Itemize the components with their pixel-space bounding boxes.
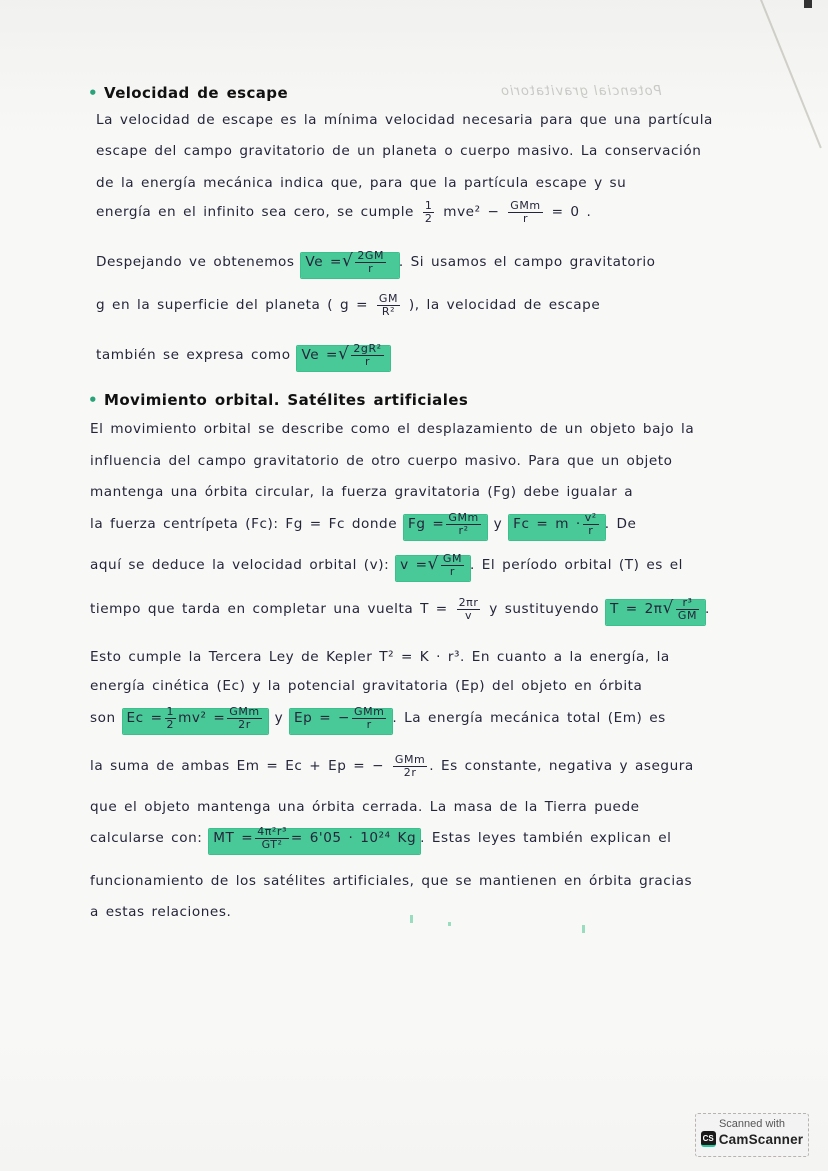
section-heading-orbital-motion: •Movimiento orbital. Satélites artificia… (88, 391, 468, 409)
text-line: g en la superficie del planeta ( g = GMR… (96, 293, 600, 317)
highlighter-speck (410, 915, 413, 923)
page-corner-mark (804, 0, 812, 8)
formula-fraction: GMR² (377, 293, 400, 317)
formula-fraction: 12 (423, 200, 435, 224)
text-line: escape del campo gravitatorio de un plan… (96, 143, 701, 159)
highlighter-speck (448, 922, 451, 926)
text-line: La velocidad de escape es la mínima velo… (96, 112, 713, 128)
formula-fraction: 2πrv (457, 597, 481, 621)
text-line: Despejando ve obtenemos Ve =√2GMr . Si u… (96, 250, 656, 274)
text-line: son Ec =12mv² =GMm2r y Ep = −GMmr. La en… (90, 706, 666, 730)
bullet-icon: • (88, 84, 98, 102)
highlighted-formula-earth-mass: MT =4π²r³GT²= 6'05 · 10²⁴ Kg (209, 829, 420, 854)
highlighted-formula-period: T = 2π√r³GM (606, 600, 705, 625)
highlighted-formula-kinetic-energy: Ec =12mv² =GMm2r (123, 709, 268, 734)
text-line: la fuerza centrípeta (Fc): Fg = Fc donde… (90, 512, 636, 536)
section-heading-escape-velocity: •Velocidad de escape (88, 84, 288, 102)
highlighted-formula-escape-velocity-g: Ve =√2gR²r (297, 346, 389, 371)
text-line: energía cinética (Ec) y la potencial gra… (90, 678, 642, 694)
highlighted-formula-potential-energy: Ep = −GMmr (290, 709, 392, 734)
text-line: mantenga una órbita circular, la fuerza … (90, 484, 633, 500)
formula-fraction: GMm2r (393, 754, 427, 778)
text-line: influencia del campo gravitatorio de otr… (90, 453, 673, 469)
text-line: a estas relaciones. (90, 904, 231, 920)
text-line: funcionamiento de los satélites artifici… (90, 873, 692, 889)
text-line: aquí se deduce la velocidad orbital (v):… (90, 553, 683, 577)
highlighted-formula-escape-velocity: Ve =√2GMr (301, 253, 398, 278)
text-line: tiempo que tarda en completar una vuelta… (90, 597, 710, 621)
highlighted-formula-orbital-velocity: v =√GMr (396, 556, 470, 581)
camscanner-logo-icon: CS (701, 1131, 716, 1147)
text-line: de la energía mecánica indica que, para … (96, 175, 626, 191)
watermark-brand-name: CamScanner (719, 1132, 804, 1147)
watermark-caption: Scanned with (696, 1118, 808, 1130)
text-line: que el objeto mantenga una órbita cerrad… (90, 799, 640, 815)
bleed-through-text: Potencial gravitatorio (500, 84, 662, 99)
highlighter-speck (582, 925, 585, 933)
text-line: también se expresa como Ve =√2gR²r (96, 343, 390, 367)
text-line: energía en el infinito sea cero, se cump… (96, 200, 591, 224)
camscanner-watermark: Scanned with CS CamScanner (695, 1113, 809, 1157)
text-line: Esto cumple la Tercera Ley de Kepler T² … (90, 649, 670, 665)
bullet-icon: • (88, 391, 98, 409)
text-line: la suma de ambas Em = Ec + Ep = − GMm2r.… (90, 754, 694, 778)
text-line: El movimiento orbital se describe como e… (90, 421, 694, 437)
highlighted-formula-fg: Fg =GMmr² (404, 515, 487, 540)
text-line: calcularse con: MT =4π²r³GT²= 6'05 · 10²… (90, 826, 671, 850)
highlighted-formula-fc: Fc = m ·v²r (509, 515, 605, 540)
formula-fraction: GMmr (508, 200, 542, 224)
watermark-brand: CS CamScanner (696, 1131, 808, 1147)
